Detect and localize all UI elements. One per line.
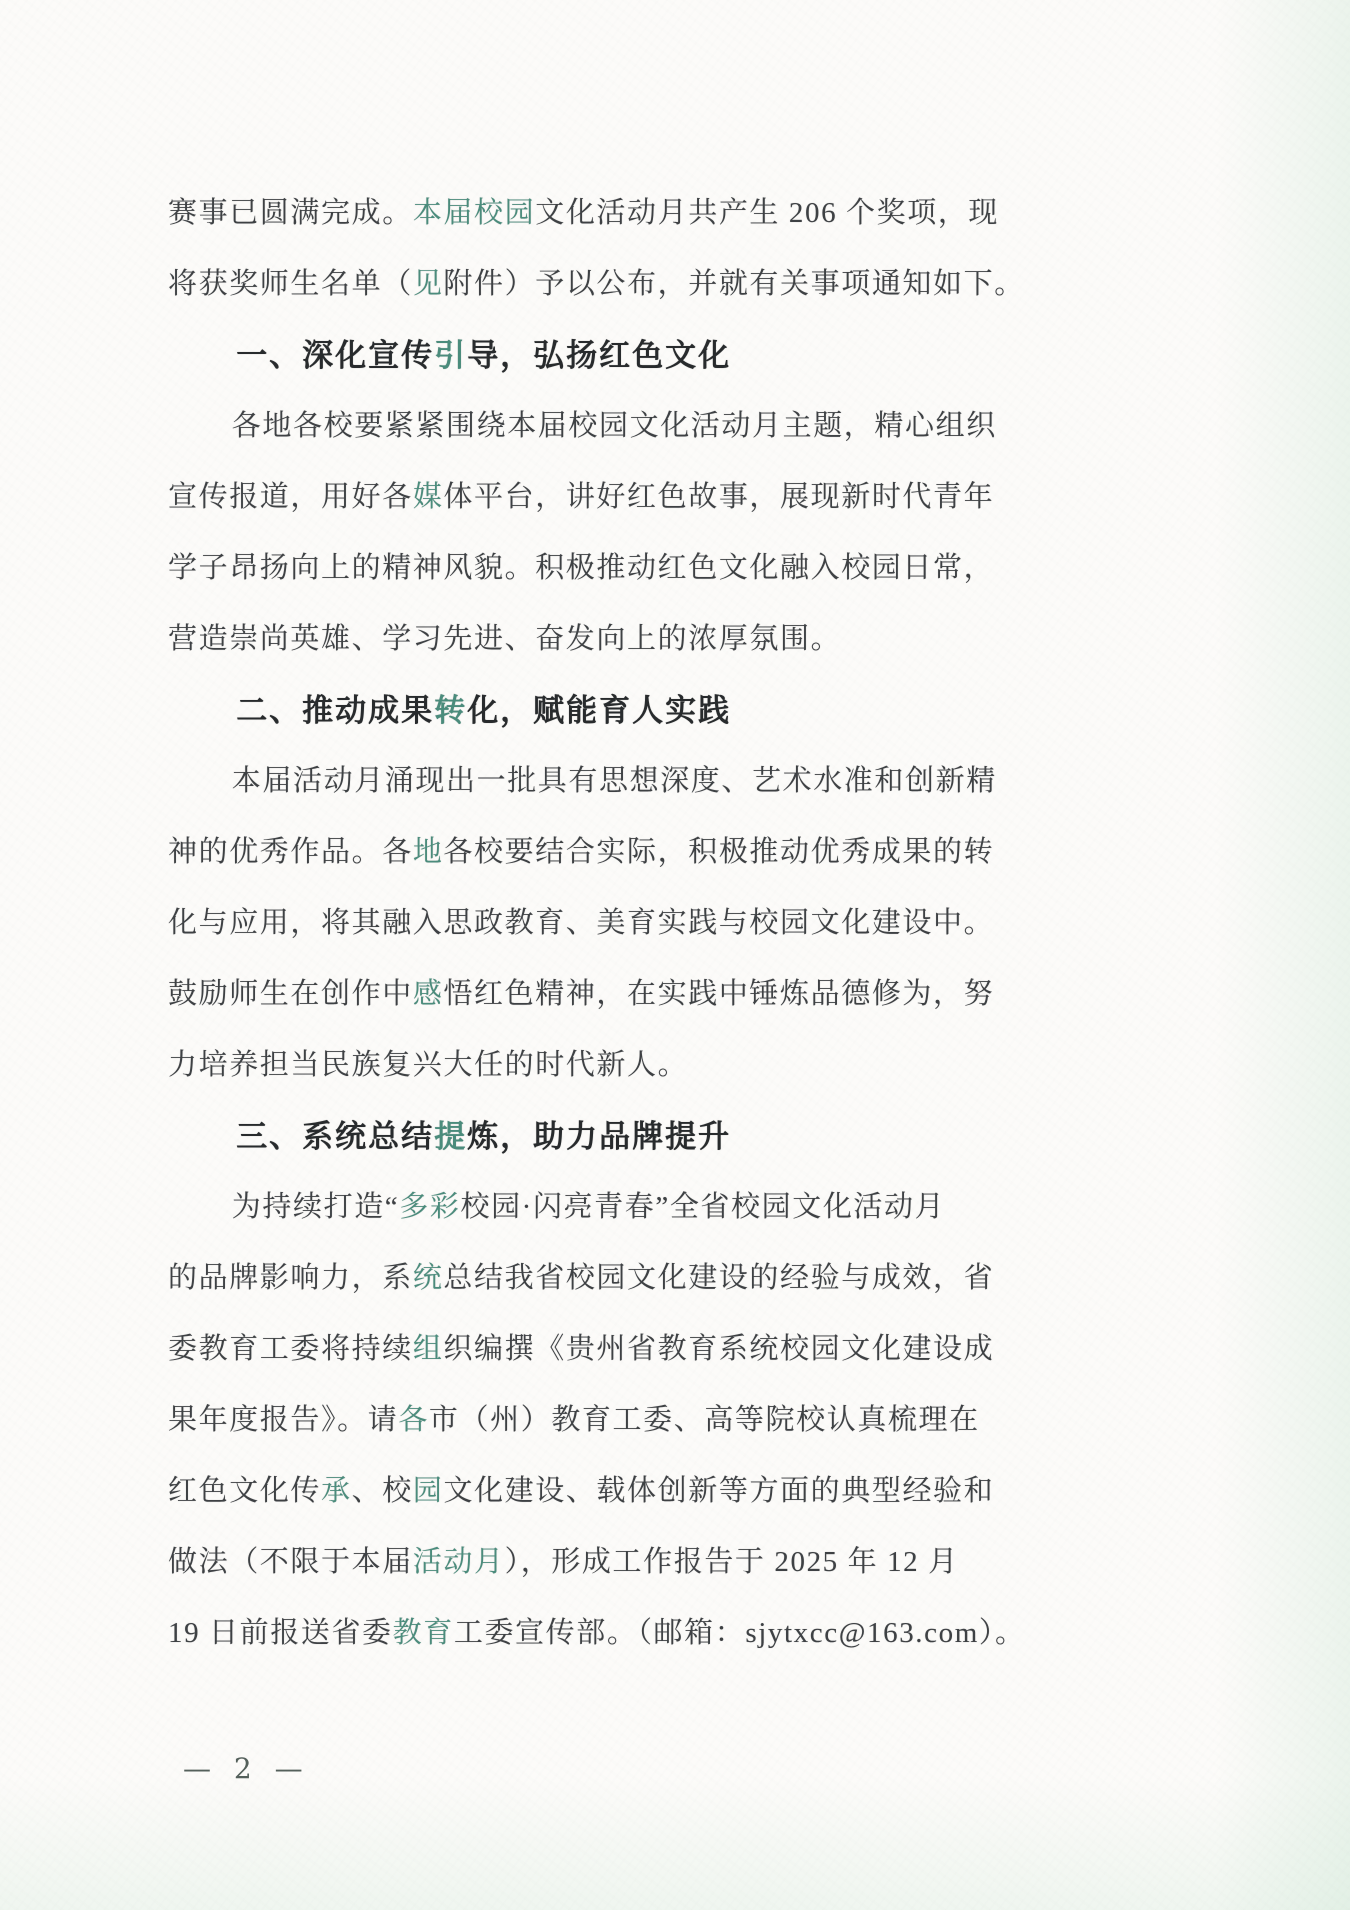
document-line-17: 果年度报告》。请各市（州）教育工委、高等院校认真梳理在 <box>168 1385 1006 1456</box>
document-line-16: 委教育工委将持续组织编撰《贵州省教育系统校园文化建设成 <box>168 1314 1006 1385</box>
scan-tinted-text: 本届校园 <box>413 197 535 229</box>
document-line-1: 将获奖师生名单（见附件）予以公布，并就有关事项通知如下。 <box>168 249 1006 320</box>
document-line-12: 力培养担当民族复兴大任的时代新人。 <box>168 1030 1006 1101</box>
document-line-14: 为持续打造“多彩校园·闪亮青春”全省校园文化活动月 <box>168 1172 1006 1243</box>
document-body: 赛事已圆满完成。本届校园文化活动月共产生 206 个奖项，现将获奖师生名单（见附… <box>168 178 1006 1669</box>
document-line-19: 做法（不限于本届活动月），形成工作报告于 2025 年 12 月 <box>168 1527 1006 1598</box>
document-line-3: 各地各校要紧紧围绕本届校园文化活动月主题，精心组织 <box>168 391 1006 462</box>
document-heading-line-2: 一、深化宣传引导，弘扬红色文化 <box>168 320 1006 391</box>
scan-tinted-text: 见 <box>413 268 444 300</box>
document-line-4: 宣传报道，用好各媒体平台，讲好红色故事，展现新时代青年 <box>168 462 1006 533</box>
scan-tinted-text: 教育 <box>393 1617 454 1649</box>
document-line-18: 红色文化传承、校园文化建设、载体创新等方面的典型经验和 <box>168 1456 1006 1527</box>
document-page: 赛事已圆满完成。本届校园文化活动月共产生 206 个奖项，现将获奖师生名单（见附… <box>0 0 1350 1910</box>
document-heading-line-7: 二、推动成果转化，赋能育人实践 <box>168 675 1006 746</box>
document-line-6: 营造崇尚英雄、学习先进、奋发向上的浓厚氛围。 <box>168 604 1006 675</box>
scan-tinted-text: 多彩 <box>399 1191 460 1223</box>
document-line-11: 鼓励师生在创作中感悟红色精神，在实践中锤炼品德修为，努 <box>168 959 1006 1030</box>
document-line-9: 神的优秀作品。各地各校要结合实际，积极推动优秀成果的转 <box>168 817 1006 888</box>
scan-tinted-text: 承 <box>321 1475 352 1507</box>
scan-tinted-text: 各 <box>398 1404 429 1436</box>
scan-tinted-text: 感 <box>413 978 444 1010</box>
document-line-20: 19 日前报送省委教育工委宣传部。（邮箱：sjytxcc@163.com）。 <box>168 1598 1006 1669</box>
document-line-8: 本届活动月涌现出一批具有思想深度、艺术水准和创新精 <box>168 746 1006 817</box>
scan-tinted-text: 活动月 <box>413 1546 505 1578</box>
scan-tinted-text: 引 <box>434 338 467 373</box>
scan-tinted-text: 组 <box>413 1333 444 1365</box>
scan-tinted-text: 提 <box>434 1119 467 1154</box>
scan-tinted-text: 园 <box>413 1475 444 1507</box>
scan-tinted-text: 地 <box>413 836 444 868</box>
scan-tinted-text: 统 <box>413 1262 444 1294</box>
scan-tinted-text: 媒 <box>413 481 444 513</box>
document-line-10: 化与应用，将其融入思政教育、美育实践与校园文化建设中。 <box>168 888 1006 959</box>
document-line-15: 的品牌影响力，系统总结我省校园文化建设的经验与成效，省 <box>168 1243 1006 1314</box>
page-number: — 2 — <box>183 1752 310 1785</box>
scan-tinted-text: 转 <box>434 693 467 728</box>
document-line-5: 学子昂扬向上的精神风貌。积极推动红色文化融入校园日常， <box>168 533 1006 604</box>
document-line-0: 赛事已圆满完成。本届校园文化活动月共产生 206 个奖项，现 <box>168 178 1006 249</box>
document-heading-line-13: 三、系统总结提炼，助力品牌提升 <box>168 1101 1006 1172</box>
